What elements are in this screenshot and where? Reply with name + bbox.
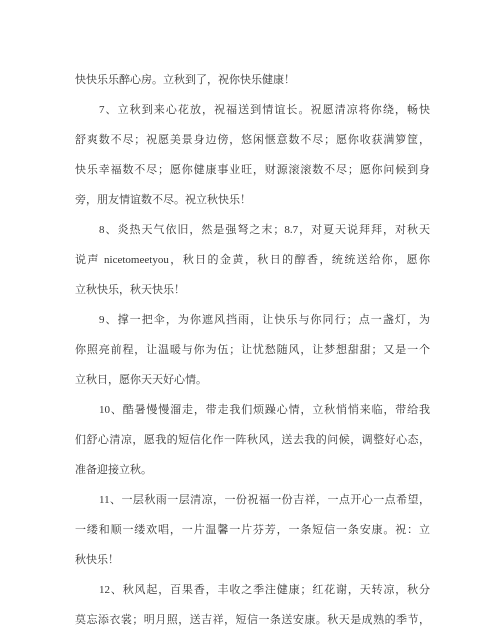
text-line: 旁，朋友情谊数不尽。祝立秋快乐！ <box>75 185 430 215</box>
text-line: 说声 nicetomeetyou，秋日的金黄，秋日的醇香，统统送给你，愿你 <box>75 245 430 275</box>
text-line: 们舒心清凉，愿我的短信化作一阵秋风，送去我的问候，调整好心态， <box>75 425 430 455</box>
text-line: 你照亮前程，让温暖与你为伍；让忧愁随风，让梦想甜甜；又是一个 <box>75 335 430 365</box>
text-line: 8、炎热天气依旧，然是强弩之末；8.7，对夏天说拜拜，对秋天 <box>75 215 430 245</box>
text-line: 准备迎接立秋。 <box>75 455 430 485</box>
paragraph-item-12: 12、秋风起，百果香，丰收之季注健康；红花谢，天转凉，秋分莫忘添衣裳；明月照，送… <box>75 575 430 635</box>
paragraph-item-11: 11、一层秋雨一层清凉，一份祝福一份吉祥，一点开心一点希望，一缕和顺一缕欢唱，一… <box>75 485 430 575</box>
paragraph-item-9: 9、撑一把伞，为你遮风挡雨，让快乐与你同行；点一盏灯，为你照亮前程，让温暖与你为… <box>75 305 430 395</box>
text-line: 舒爽数不尽；祝愿美景身边傍，悠闲惬意数不尽；愿你收获满箩筐， <box>75 125 430 155</box>
text-line: 立秋日，愿你天天好心情。 <box>75 365 430 395</box>
text-line: 12、秋风起，百果香，丰收之季注健康；红花谢，天转凉，秋分 <box>75 575 430 605</box>
text-line: 莫忘添衣裳；明月照，送吉祥，短信一条送安康。秋天是成熟的季节， <box>75 605 430 635</box>
paragraph-item-10: 10、酷暑慢慢溜走，带走我们烦躁心情，立秋悄悄来临，带给我们舒心清凉，愿我的短信… <box>75 395 430 485</box>
text-line: 11、一层秋雨一层清凉，一份祝福一份吉祥，一点开心一点希望， <box>75 485 430 515</box>
document-page: 快快乐乐醉心房。立秋到了，祝你快乐健康！7、立秋到来心花放，祝福送到情谊长。祝愿… <box>0 0 500 636</box>
paragraph-continuation-top: 快快乐乐醉心房。立秋到了，祝你快乐健康！ <box>75 65 430 95</box>
document-body: 快快乐乐醉心房。立秋到了，祝你快乐健康！7、立秋到来心花放，祝福送到情谊长。祝愿… <box>0 0 500 635</box>
text-line: 9、撑一把伞，为你遮风挡雨，让快乐与你同行；点一盏灯，为 <box>75 305 430 335</box>
text-line: 秋快乐！ <box>75 545 430 575</box>
text-line: 7、立秋到来心花放，祝福送到情谊长。祝愿清凉将你绕，畅快 <box>75 95 430 125</box>
text-line: 快乐幸福数不尽；愿你健康事业旺，财源滚滚数不尽；愿你问候到身 <box>75 155 430 185</box>
text-line: 快快乐乐醉心房。立秋到了，祝你快乐健康！ <box>75 65 430 95</box>
text-line: 10、酷暑慢慢溜走，带走我们烦躁心情，立秋悄悄来临，带给我 <box>75 395 430 425</box>
paragraph-item-7: 7、立秋到来心花放，祝福送到情谊长。祝愿清凉将你绕，畅快舒爽数不尽；祝愿美景身边… <box>75 95 430 215</box>
text-line: 一缕和顺一缕欢唱，一片温馨一片芬芳，一条短信一条安康。祝：立 <box>75 515 430 545</box>
paragraph-item-8: 8、炎热天气依旧，然是强弩之末；8.7，对夏天说拜拜，对秋天说声 nicetom… <box>75 215 430 305</box>
text-line: 立秋快乐，秋天快乐！ <box>75 275 430 305</box>
